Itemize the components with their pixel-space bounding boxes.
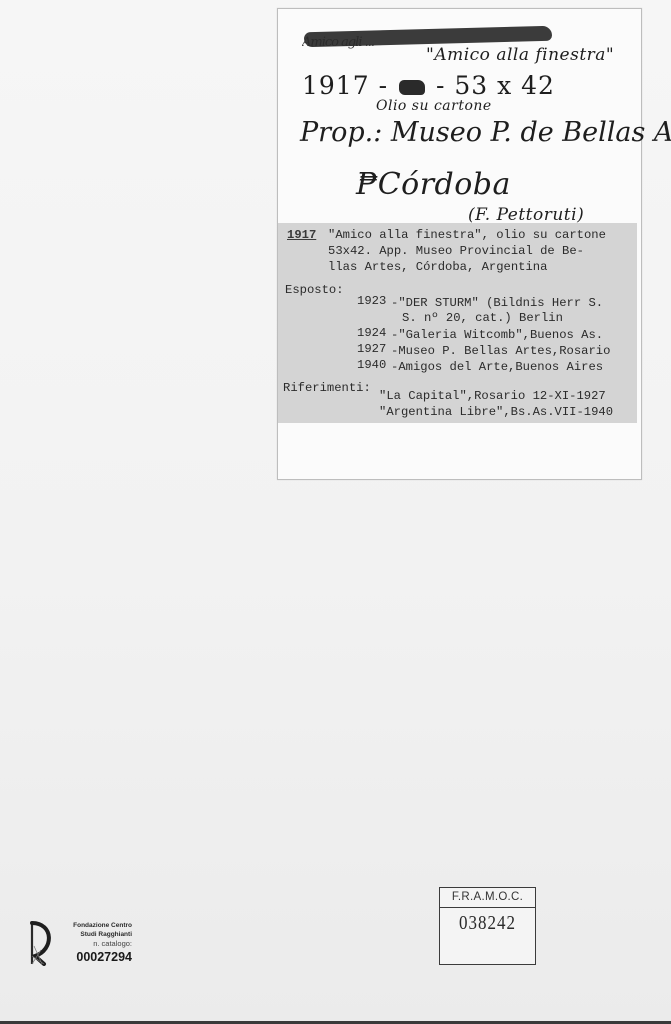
handwritten-year: 1917 [302, 71, 370, 100]
ink-blot [399, 80, 425, 95]
catalog-label: n. catalogo: [66, 939, 132, 949]
label-description-line: "Amico alla finestra", olio su cartone [328, 228, 606, 244]
dash: - [436, 71, 445, 100]
framoc-stamp: F.R.A.M.O.C. 038242 [439, 887, 536, 965]
archive-card: Amico agli ... "Amico alla finestra" 191… [277, 8, 642, 480]
exhibition-year: 1927 [357, 342, 386, 358]
city-name: Córdoba [378, 167, 511, 202]
handwritten-dimensions: 53 x 42 [454, 71, 555, 100]
exhibition-text: -"DER STURM" (Bildnis Herr S. [391, 296, 603, 312]
stamp-number: 038242 [440, 906, 535, 941]
reference-item: "La Capital",Rosario 12-XI-1927 [379, 389, 606, 405]
foundation-text: Fondazione Centro Studi Ragghianti n. ca… [66, 921, 132, 965]
typed-label: 1917 "Amico alla finestra", olio su cart… [278, 223, 637, 423]
handwritten-year-dimensions: 1917 - - 53 x 42 [302, 71, 555, 100]
exhibition-text-cont: S. nº 20, cat.) Berlin [402, 311, 563, 327]
label-description-line: 53x42. App. Museo Provincial de Be- [328, 244, 584, 260]
exhibitions-heading: Esposto: [285, 283, 344, 299]
catalog-number: 00027294 [66, 949, 132, 965]
exhibition-year: 1924 [357, 326, 386, 342]
label-description-line: llas Artes, Córdoba, Argentina [328, 260, 547, 276]
foundation-name-line2: Studi Ragghianti [66, 930, 132, 939]
reference-item: "Argentina Libre",Bs.As.VII-1940 [379, 405, 613, 421]
foundation-name-line1: Fondazione Centro [66, 921, 132, 930]
exhibition-text: -"Galeria Witcomb",Buenos As. [391, 328, 603, 344]
label-year: 1917 [287, 228, 316, 244]
ragghianti-r-logo-icon [30, 920, 52, 966]
handwritten-property: Prop.: Museo P. de Bellas Artes [300, 117, 671, 148]
references-heading: Riferimenti: [283, 381, 371, 397]
exhibition-text: -Amigos del Arte,Buenos Aires [391, 360, 603, 376]
foundation-logo-block: Fondazione Centro Studi Ragghianti n. ca… [30, 918, 135, 968]
handwritten-city: ₱Córdoba [356, 167, 511, 202]
city-prefix: ₱ [356, 167, 378, 202]
handwritten-medium: Olio su cartone [376, 98, 492, 114]
handwritten-signature: (F. Pettoruti) [468, 205, 584, 225]
exhibition-year: 1923 [357, 294, 386, 310]
exhibition-year: 1940 [357, 358, 386, 374]
handwritten-title: "Amico alla finestra" [426, 45, 614, 65]
exhibition-text: -Museo P. Bellas Artes,Rosario [391, 344, 610, 360]
dash: - [379, 71, 388, 100]
